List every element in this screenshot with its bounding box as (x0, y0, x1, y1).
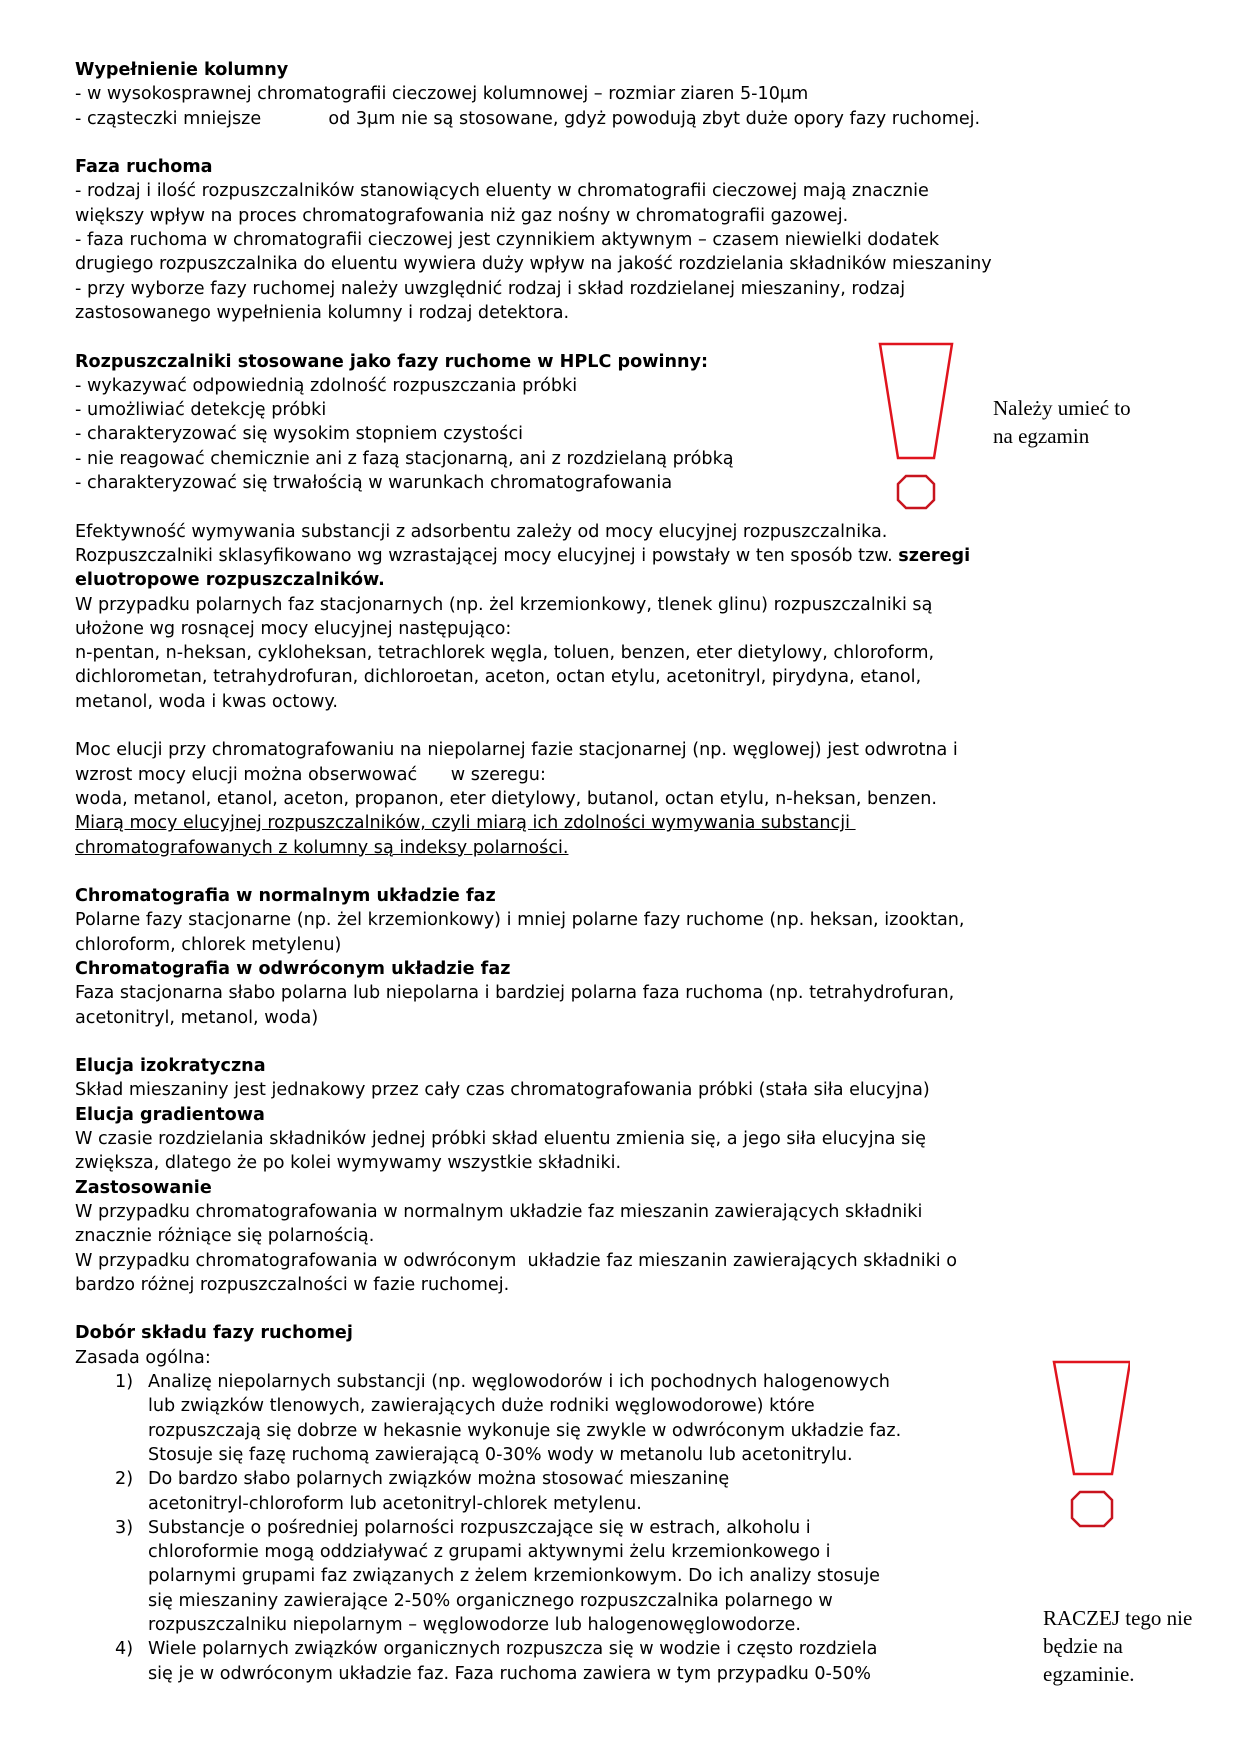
section-mobile-phase: Faza ruchoma - rodzaj i ilość rozpuszcza… (75, 155, 1175, 325)
text-line: W przypadku chromatografowania w odwróco… (75, 1249, 1175, 1273)
text-line: chloroformie mogą oddziaływać z grupami … (148, 1540, 1175, 1564)
section-mobile-phase-selection: Dobór składu fazy ruchomej Zasada ogólna… (75, 1321, 1175, 1685)
note-line: będzie na (1043, 1632, 1192, 1660)
text-line: Substancje o pośredniej polarności rozpu… (148, 1516, 1175, 1540)
list-item: 3) Substancje o pośredniej polarności ro… (75, 1516, 1175, 1637)
text-line: bardzo różnej rozpuszczalności w fazie r… (75, 1273, 1175, 1297)
text-line: Skład mieszaniny jest jednakowy przez ca… (75, 1078, 1175, 1102)
text-line: Stosuje się fazę ruchomą zawierającą 0-3… (148, 1443, 1175, 1467)
list-number: 1) (115, 1370, 133, 1394)
text-line: W czasie rozdzielania składników jednej … (75, 1127, 1175, 1151)
heading-reversed-phase: Chromatografia w odwróconym układzie faz (75, 957, 1175, 981)
text-line: Polarne fazy stacjonarne (np. żel krzemi… (75, 908, 1175, 932)
text-line: lub związków tlenowych, zawierających du… (148, 1394, 1175, 1418)
heading-mobile-phase-selection: Dobór składu fazy ruchomej (75, 1321, 1175, 1345)
section-elution-strength: Moc elucji przy chromatografowaniu na ni… (75, 738, 1175, 859)
text-line: W przypadku chromatografowania w normaln… (75, 1200, 1175, 1224)
underlined-line: Miarą mocy elucyjnej rozpuszczalników, c… (75, 811, 1175, 835)
text-line: chloroform, chlorek metylenu) (75, 933, 1175, 957)
text-line: się je w odwróconym układzie faz. Faza r… (148, 1662, 1175, 1686)
exclamation-icon (876, 340, 956, 515)
section-column-packing: Wypełnienie kolumny - w wysokosprawnej c… (75, 58, 1175, 131)
exam-note-unlikely: RACZEJ tego nie będzie na egzaminie. (1043, 1604, 1192, 1688)
heading-solvent-requirements: Rozpuszczalniki stosowane jako fazy ruch… (75, 350, 1175, 374)
text-line: - cząsteczki mniejsze od 3μm nie są stos… (75, 107, 1175, 131)
text-line: polarnymi grupami faz związanych z żelem… (148, 1564, 1175, 1588)
bold-term: eluotropowe rozpuszczalników. (75, 568, 1175, 592)
note-line: egzaminie. (1043, 1660, 1192, 1688)
heading-column-packing: Wypełnienie kolumny (75, 58, 1175, 82)
note-line: RACZEJ tego nie (1043, 1604, 1192, 1632)
text-line: woda, metanol, etanol, aceton, propanon,… (75, 787, 1175, 811)
section-phase-systems: Chromatografia w normalnym układzie faz … (75, 884, 1175, 1030)
text-line: Do bardzo słabo polarnych związków można… (148, 1467, 1175, 1491)
text-line: Faza stacjonarna słabo polarna lub niepo… (75, 981, 1175, 1005)
list-number: 3) (115, 1516, 133, 1540)
exam-note-required: Należy umieć to na egzamin (993, 394, 1131, 450)
text-line: ułożone wg rosnącej mocy elucyjnej nastę… (75, 617, 1175, 641)
text-line: zwiększa, dlatego że po kolei wymywamy w… (75, 1151, 1175, 1175)
heading-gradient: Elucja gradientowa (75, 1103, 1175, 1127)
text-line: dichlorometan, tetrahydrofuran, dichloro… (75, 665, 1175, 689)
text-line: wzrost mocy elucji można obserwować w sz… (75, 763, 1175, 787)
bold-term: szeregi (898, 546, 970, 566)
text-line: znacznie różniące się polarnością. (75, 1224, 1175, 1248)
heading-normal-phase: Chromatografia w normalnym układzie faz (75, 884, 1175, 908)
text-line: acetonitryl-chloroform lub acetonitryl-c… (148, 1492, 1175, 1516)
numbered-list: 1) Analizę niepolarnych substancji (np. … (75, 1370, 1175, 1686)
text-line: Rozpuszczalniki sklasyfikowano wg wzrast… (75, 544, 1175, 568)
list-number: 4) (115, 1637, 133, 1661)
text-line: Efektywność wymywania substancji z adsor… (75, 520, 1175, 544)
text-line: - faza ruchoma w chromatografii cieczowe… (75, 228, 1175, 252)
section-elution-modes: Elucja izokratyczna Skład mieszaniny jes… (75, 1054, 1175, 1297)
document-page: Wypełnienie kolumny - w wysokosprawnej c… (75, 58, 1175, 1686)
text-line: - przy wyborze fazy ruchomej należy uwzg… (75, 277, 1175, 301)
text-line: drugiego rozpuszczalnika do eluentu wywi… (75, 252, 1175, 276)
exclamation-icon (1050, 1358, 1130, 1533)
text-line: Zasada ogólna: (75, 1346, 1175, 1370)
text-line: - nie reagować chemicznie ani z fazą sta… (75, 447, 1175, 471)
text-line: Analizę niepolarnych substancji (np. węg… (148, 1370, 1175, 1394)
section-elution-efficiency: Efektywność wymywania substancji z adsor… (75, 520, 1175, 714)
text-line: metanol, woda i kwas octowy. (75, 690, 1175, 714)
list-number: 2) (115, 1467, 133, 1491)
text-line: Wiele polarnych związków organicznych ro… (148, 1637, 1175, 1661)
text-line: rozpuszczają się dobrze w hekasnie wykon… (148, 1419, 1175, 1443)
text-line: - rodzaj i ilość rozpuszczalników stanow… (75, 179, 1175, 203)
text-line: rozpuszczalniku niepolarnym – węglowodor… (148, 1613, 1175, 1637)
note-line: Należy umieć to (993, 394, 1131, 422)
text-line: - w wysokosprawnej chromatografii cieczo… (75, 82, 1175, 106)
text-line: - charakteryzować się trwałością w warun… (75, 471, 1175, 495)
list-item: 1) Analizę niepolarnych substancji (np. … (75, 1370, 1175, 1467)
text-line: acetonitryl, metanol, woda) (75, 1006, 1175, 1030)
underlined-line: chromatografowanych z kolumny są indeksy… (75, 836, 1175, 860)
heading-mobile-phase: Faza ruchoma (75, 155, 1175, 179)
text-line: zastosowanego wypełnienia kolumny i rodz… (75, 301, 1175, 325)
heading-isocratic: Elucja izokratyczna (75, 1054, 1175, 1078)
text-line: n-pentan, n-heksan, cykloheksan, tetrach… (75, 641, 1175, 665)
list-item: 2) Do bardzo słabo polarnych związków mo… (75, 1467, 1175, 1516)
text-fragment: Rozpuszczalniki sklasyfikowano wg wzrast… (75, 546, 898, 566)
text-line: W przypadku polarnych faz stacjonarnych … (75, 593, 1175, 617)
text-line: się mieszaniny zawierające 2-50% organic… (148, 1589, 1175, 1613)
note-line: na egzamin (993, 422, 1131, 450)
text-line: większy wpływ na proces chromatografowan… (75, 204, 1175, 228)
text-line: Moc elucji przy chromatografowaniu na ni… (75, 738, 1175, 762)
heading-application: Zastosowanie (75, 1176, 1175, 1200)
list-item: 4) Wiele polarnych związków organicznych… (75, 1637, 1175, 1686)
